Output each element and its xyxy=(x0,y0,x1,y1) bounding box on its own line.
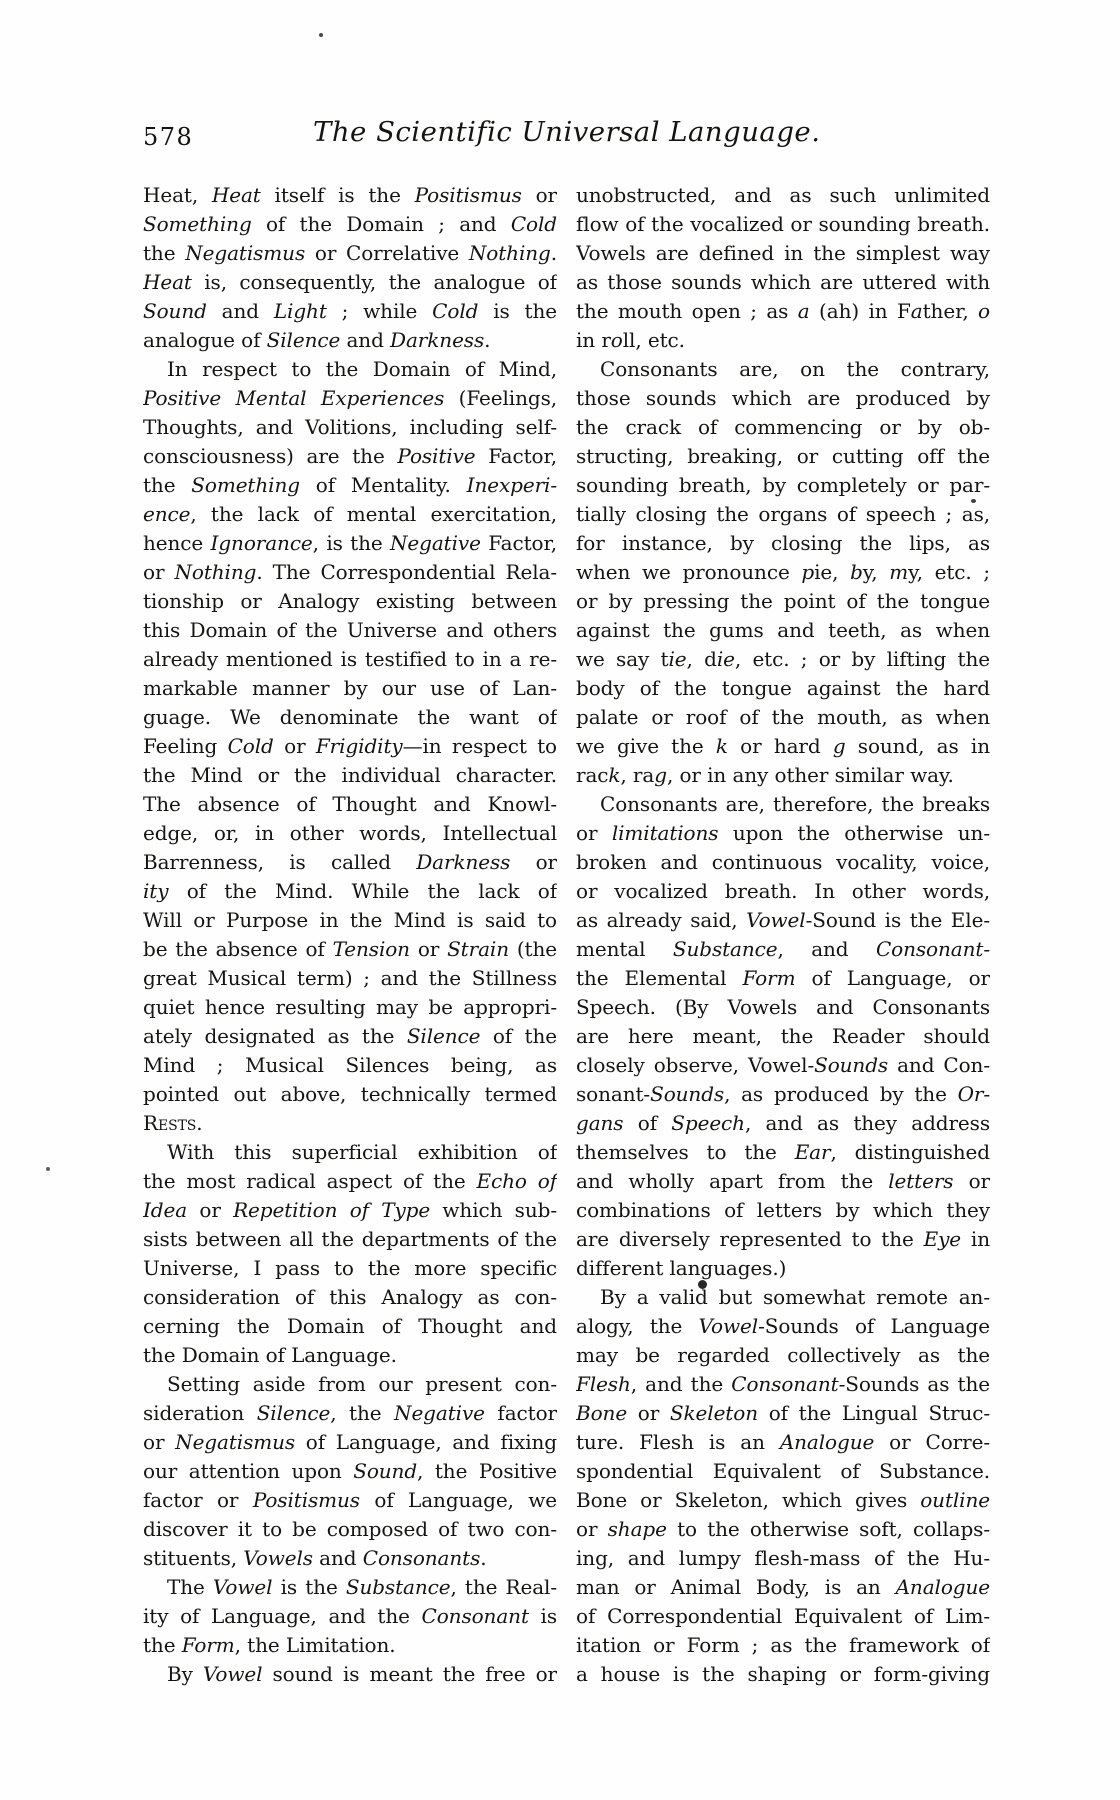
ink-blot xyxy=(698,1280,707,1289)
text-line: Something of the Domain ; and Cold xyxy=(143,210,557,239)
text-line: or Negatismus of Language, and fixing xyxy=(143,1428,557,1457)
text-column-right: unobstructed, and as such unlimitedflow … xyxy=(576,181,990,1689)
text-line: edge, or, in other words, Intellectual xyxy=(143,819,557,848)
text-line: great Musical term) ; and the Stillness … xyxy=(143,964,557,993)
text-line: ence, the lack of mental exercitation, xyxy=(143,500,557,529)
paragraph: Consonants are, on the contrary,those so… xyxy=(576,355,990,790)
text-line: ture. Flesh is an Analogue or Corre- xyxy=(576,1428,990,1457)
text-line: factor or Positismus of Language, we xyxy=(143,1486,557,1515)
text-line: or limitations upon the otherwise un- xyxy=(576,819,990,848)
text-line: Universe, I pass to the more specific xyxy=(143,1254,557,1283)
text-line: this Domain of the Universe and others xyxy=(143,616,557,645)
text-line: Flesh, and the Consonant-Sounds as the xyxy=(576,1370,990,1399)
text-line: are here meant, the Reader should xyxy=(576,1022,990,1051)
text-line: consideration of this Analogy as con- xyxy=(143,1283,557,1312)
text-line: the crack of commencing or by ob- xyxy=(576,413,990,442)
text-line: In respect to the Domain of Mind, xyxy=(143,355,557,384)
text-column-left: Heat, Heat itself is the Positismus orSo… xyxy=(143,181,557,1689)
paragraph: With this superficial exhibition ofthe m… xyxy=(143,1138,557,1370)
text-line: and wholly apart from the letters or xyxy=(576,1167,990,1196)
text-line: consciousness) are the Positive Factor, xyxy=(143,442,557,471)
text-line: tially closing the organs of speech ; as… xyxy=(576,500,990,529)
text-line: Rests. xyxy=(143,1109,557,1138)
text-line: our attention upon Sound, the Positive xyxy=(143,1457,557,1486)
text-line: markable manner by our use of Lan- xyxy=(143,674,557,703)
text-line: rack, rag, or in any other similar way. xyxy=(576,761,990,790)
text-line: may be regarded collectively as the xyxy=(576,1341,990,1370)
text-line: sideration Silence, the Negative factor xyxy=(143,1399,557,1428)
text-line: alogy, the Vowel-Sounds of Language xyxy=(576,1312,990,1341)
text-line: the Form, the Limitation. xyxy=(143,1631,557,1660)
text-line: Consonants are, on the contrary, xyxy=(576,355,990,384)
text-line: the Elemental Form of Language, or xyxy=(576,964,990,993)
paragraph: Setting aside from our present con-sider… xyxy=(143,1370,557,1573)
text-line: themselves to the Ear, distinguished xyxy=(576,1138,990,1167)
text-line: quiet hence resulting may be appropri- xyxy=(143,993,557,1022)
text-line: Vowels are defined in the simplest way xyxy=(576,239,990,268)
text-line: Mind ; Musical Silences being, as xyxy=(143,1051,557,1080)
text-line: the Mind or the individual character. xyxy=(143,761,557,790)
text-line: pointed out above, technically termed xyxy=(143,1080,557,1109)
text-line: tionship or Analogy existing between xyxy=(143,587,557,616)
text-line: the most radical aspect of the Echo of xyxy=(143,1167,557,1196)
text-line: ing, and lumpy flesh-mass of the Hu- xyxy=(576,1544,990,1573)
text-line: Bone or Skeleton, which gives outline xyxy=(576,1486,990,1515)
text-line: the mouth open ; as a (ah) in Father, o xyxy=(576,297,990,326)
scan-speck xyxy=(319,33,323,37)
text-line: With this superficial exhibition of xyxy=(143,1138,557,1167)
paragraph: unobstructed, and as such unlimitedflow … xyxy=(576,181,990,355)
text-line: cerning the Domain of Thought and xyxy=(143,1312,557,1341)
text-line: Barrenness, is called Darkness or Obscur… xyxy=(143,848,557,877)
text-line: sists between all the departments of the xyxy=(143,1225,557,1254)
scanned-page: 578 The Scientific Universal Language. H… xyxy=(0,0,1120,1800)
text-line: stituents, Vowels and Consonants. xyxy=(143,1544,557,1573)
text-line: By a valid but somewhat remote an- xyxy=(576,1283,990,1312)
text-line: itation or Form ; as the framework of xyxy=(576,1631,990,1660)
text-line: ity of Language, and the Consonant is xyxy=(143,1602,557,1631)
text-line: for instance, by closing the lips, as xyxy=(576,529,990,558)
text-line: man or Animal Body, is an Analogue xyxy=(576,1573,990,1602)
text-line: or Nothing. The Correspondential Rela- xyxy=(143,558,557,587)
text-line: Speech. (By Vowels and Consonants xyxy=(576,993,990,1022)
text-line: in roll, etc. xyxy=(576,326,990,355)
running-title: The Scientific Universal Language. xyxy=(313,116,820,148)
text-line: discover it to be composed of two con- xyxy=(143,1515,557,1544)
text-line: Feeling Cold or Frigidity—in respect to xyxy=(143,732,557,761)
text-line: combinations of letters by which they xyxy=(576,1196,990,1225)
paragraph: Consonants are, therefore, the breaksor … xyxy=(576,790,990,1283)
scan-speck xyxy=(46,1167,50,1171)
text-line: different languages.) xyxy=(576,1254,990,1283)
text-line: against the gums and teeth, as when xyxy=(576,616,990,645)
text-line: flow of the vocalized or sounding breath… xyxy=(576,210,990,239)
text-line: the Something of Mentality. Inexperi- xyxy=(143,471,557,500)
scan-speck xyxy=(971,499,976,503)
text-line: the Domain of Language. xyxy=(143,1341,557,1370)
text-line: unobstructed, and as such unlimited xyxy=(576,181,990,210)
text-line: Will or Purpose in the Mind is said to xyxy=(143,906,557,935)
text-line: or shape to the otherwise soft, collaps- xyxy=(576,1515,990,1544)
page-header: 578 The Scientific Universal Language. xyxy=(143,116,990,160)
text-line: Heat is, consequently, the analogue of xyxy=(143,268,557,297)
text-line: a house is the shaping or form-giving xyxy=(576,1660,990,1689)
text-line: palate or roof of the mouth, as when xyxy=(576,703,990,732)
text-line: guage. We denominate the want of xyxy=(143,703,557,732)
text-line: Bone or Skeleton of the Lingual Struc- xyxy=(576,1399,990,1428)
text-line: we give the k or hard g sound, as in xyxy=(576,732,990,761)
text-line: ately designated as the Silence of the xyxy=(143,1022,557,1051)
text-line: The Vowel is the Substance, the Real- xyxy=(143,1573,557,1602)
text-line: as those sounds which are uttered with xyxy=(576,268,990,297)
text-line: The absence of Thought and Knowl- xyxy=(143,790,557,819)
paragraph: Heat, Heat itself is the Positismus orSo… xyxy=(143,181,557,355)
text-line: Heat, Heat itself is the Positismus or xyxy=(143,181,557,210)
text-line: Thoughts, and Volitions, including self- xyxy=(143,413,557,442)
text-line: when we pronounce pie, by, my, etc. ; xyxy=(576,558,990,587)
page-number: 578 xyxy=(143,123,193,151)
paragraph: By Vowel sound is meant the free or xyxy=(143,1660,557,1689)
text-line: or vocalized breath. In other words, xyxy=(576,877,990,906)
text-line: Setting aside from our present con- xyxy=(143,1370,557,1399)
text-line: closely observe, Vowel-Sounds and Con- xyxy=(576,1051,990,1080)
text-line: we say tie, die, etc. ; or by lifting th… xyxy=(576,645,990,674)
text-line: spondential Equivalent of Substance. xyxy=(576,1457,990,1486)
text-line: the Negatismus or Correlative Nothing. xyxy=(143,239,557,268)
paragraph: The Vowel is the Substance, the Real-ity… xyxy=(143,1573,557,1660)
text-line: analogue of Silence and Darkness. xyxy=(143,326,557,355)
text-line: as already said, Vowel-Sound is the Ele- xyxy=(576,906,990,935)
text-line: mental Substance, and Consonant-Sound xyxy=(576,935,990,964)
text-line: of Correspondential Equivalent of Lim- xyxy=(576,1602,990,1631)
text-line: Idea or Repetition of Type which sub- xyxy=(143,1196,557,1225)
text-line: By Vowel sound is meant the free or xyxy=(143,1660,557,1689)
text-line: are diversely represented to the Eye in xyxy=(576,1225,990,1254)
text-line: those sounds which are produced by xyxy=(576,384,990,413)
paragraph: In respect to the Domain of Mind,Positiv… xyxy=(143,355,557,1138)
text-line: ity of the Mind. While the lack of xyxy=(143,877,557,906)
text-line: structing, breaking, or cutting off the xyxy=(576,442,990,471)
text-line: gans of Speech, and as they address xyxy=(576,1109,990,1138)
text-body: Heat, Heat itself is the Positismus orSo… xyxy=(143,181,990,1689)
text-line: or by pressing the point of the tongue xyxy=(576,587,990,616)
text-line: sounding breath, by completely or par- xyxy=(576,471,990,500)
paragraph: By a valid but somewhat remote an-alogy,… xyxy=(576,1283,990,1689)
text-line: hence Ignorance, is the Negative Factor, xyxy=(143,529,557,558)
text-line: Consonants are, therefore, the breaks xyxy=(576,790,990,819)
text-line: Sound and Light ; while Cold is the xyxy=(143,297,557,326)
text-line: be the absence of Tension or Strain (the xyxy=(143,935,557,964)
text-line: body of the tongue against the hard xyxy=(576,674,990,703)
text-line: Positive Mental Experiences (Feelings, xyxy=(143,384,557,413)
text-line: sonant-Sounds, as produced by the Or- xyxy=(576,1080,990,1109)
text-line: broken and continuous vocality, voice, xyxy=(576,848,990,877)
text-line: already mentioned is testified to in a r… xyxy=(143,645,557,674)
